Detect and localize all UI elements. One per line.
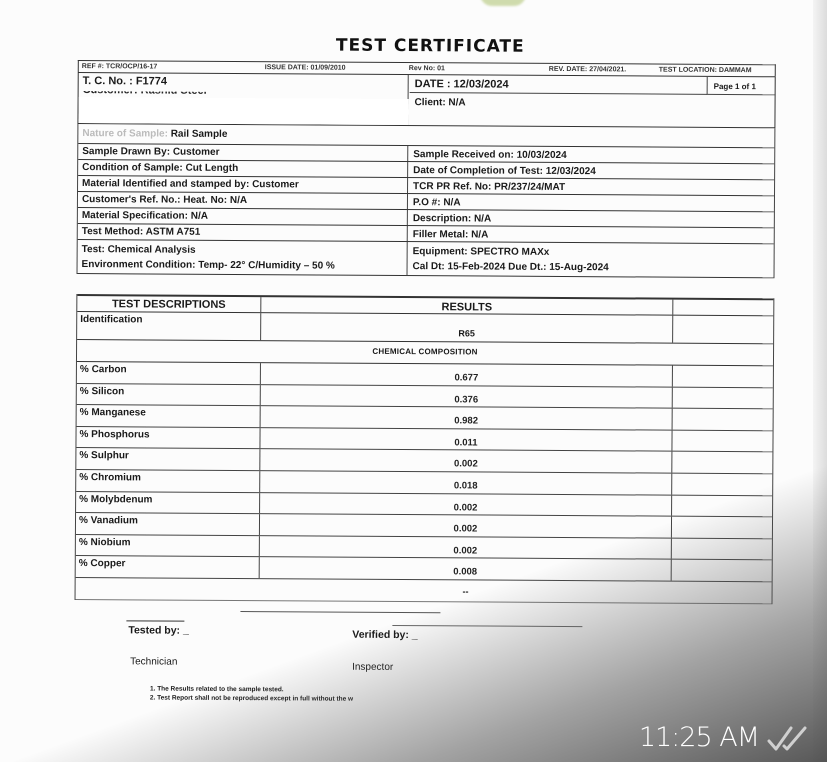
signature-line xyxy=(126,620,184,621)
footnote: 2. Test Report shall not be reproduced e… xyxy=(150,693,353,703)
tc-number: T. C. No. : F1774 xyxy=(83,75,167,88)
signature-line xyxy=(392,625,582,627)
inspector-role: Inspector xyxy=(352,662,393,673)
info-right-field: Date of Completion of Test: 12/03/2024 xyxy=(408,162,774,179)
issue-date: ISSUE DATE: 01/09/2010 xyxy=(265,64,346,71)
info-left-field: Material Identified and stamped by: Cust… xyxy=(78,176,408,193)
element-value: 0.982 xyxy=(261,406,673,429)
element-value: 0.018 xyxy=(260,471,672,494)
element-value: 0.677 xyxy=(261,363,673,386)
redaction-band xyxy=(78,97,408,125)
tested-by-label: Tested by: _ xyxy=(128,624,189,636)
element-value: 0.002 xyxy=(260,450,672,473)
footnotes: 1. The Results related to the sample tes… xyxy=(150,684,353,703)
rev-date: REV. DATE: 27/04/2021. xyxy=(549,66,626,73)
certificate-header-block: T. C. No. : F1774 Customer: Rashid Steel… xyxy=(77,72,775,128)
chem-trailing-row: -- xyxy=(76,578,772,604)
info-left-field: Sample Drawn By: Customer xyxy=(78,144,408,161)
page-indicator: Page 1 of 1 xyxy=(708,77,776,95)
info-left-field: Customer's Ref. No.: Heat. No: N/A xyxy=(78,192,408,209)
chat-image-attachment[interactable]: TEST CERTIFICATE REF #: TCR/OCP/16-17 IS… xyxy=(0,0,827,762)
background-object xyxy=(480,0,526,6)
element-name: % Chromium xyxy=(76,470,260,492)
customer-name-partially-hidden: Customer: Rashid Steel xyxy=(83,91,233,97)
environment-condition: Environment Condition: Temp- 22° C/Humid… xyxy=(82,257,403,274)
info-left-field: Material Specification: N/A xyxy=(78,208,408,225)
certificate-date: DATE : 12/03/2024 xyxy=(410,75,708,95)
info-right-field: Description: N/A xyxy=(408,210,774,227)
nature-value: Rail Sample xyxy=(168,129,228,140)
element-value: 0.002 xyxy=(260,493,672,516)
header-test-descriptions: TEST DESCRIPTIONS xyxy=(77,296,261,312)
calibration-dates: Cal Dt: 15-Feb-2024 Due Dt.: 15-Aug-2024 xyxy=(413,259,769,276)
info-right-field: P.O #: N/A xyxy=(408,194,774,211)
signature-line xyxy=(240,611,440,613)
ref-number: REF #: TCR/OCP/16-17 xyxy=(82,63,158,70)
results-table: TEST DESCRIPTIONS RESULTS Identification… xyxy=(75,294,775,604)
message-timestamp: 11:25 AM xyxy=(639,722,759,753)
element-name: % Silicon xyxy=(77,384,261,406)
trailing-value: -- xyxy=(260,579,672,603)
identification-row: Identification R65 xyxy=(77,312,773,344)
client-field: Client: N/A xyxy=(415,97,466,108)
element-name: % Copper xyxy=(76,556,260,578)
element-name: % Phosphorus xyxy=(76,427,260,449)
info-right-field: Filler Metal: N/A xyxy=(408,226,774,243)
element-name: % Vanadium xyxy=(76,513,260,535)
info-left-field: Condition of Sample: Cut Length xyxy=(78,160,408,177)
identification-label: Identification xyxy=(77,312,261,340)
test-location: TEST LOCATION: DAMMAM xyxy=(659,67,752,75)
element-name: % Carbon xyxy=(77,362,261,384)
info-left-field: Test Method: ASTM A751 xyxy=(78,224,408,241)
element-value: 0.002 xyxy=(260,536,672,559)
element-value: 0.008 xyxy=(260,557,672,580)
element-value: 0.376 xyxy=(261,385,673,408)
test-equipment-row: Test: Chemical Analysis Environment Cond… xyxy=(78,240,774,278)
element-name: % Niobium xyxy=(76,535,260,557)
double-check-read-icon xyxy=(767,724,815,754)
test-certificate-document: TEST CERTIFICATE REF #: TCR/OCP/16-17 IS… xyxy=(74,30,780,34)
nature-label: Nature of Sample: xyxy=(82,128,168,140)
element-value: 0.011 xyxy=(260,428,672,451)
verified-by-label: Verified by: _ xyxy=(352,629,417,641)
photo-edge-shadow xyxy=(813,0,827,762)
rev-number: Rev No: 01 xyxy=(409,65,445,72)
document-title: TEST CERTIFICATE xyxy=(336,36,525,57)
element-name: % Molybdenum xyxy=(76,492,260,514)
info-right-field: Sample Received on: 10/03/2024 xyxy=(408,146,774,163)
technician-role: Technician xyxy=(130,656,177,667)
sample-info-grid: Nature of Sample: Rail Sample Sample Dra… xyxy=(77,124,776,278)
info-right-field: TCR PR Ref. No: PR/237/24/MAT xyxy=(408,178,774,195)
element-name: % Manganese xyxy=(77,405,261,427)
header-results: RESULTS xyxy=(261,297,673,315)
identification-value: R65 xyxy=(261,313,673,343)
element-name: % Sulphur xyxy=(76,448,260,470)
element-value: 0.002 xyxy=(260,514,672,537)
